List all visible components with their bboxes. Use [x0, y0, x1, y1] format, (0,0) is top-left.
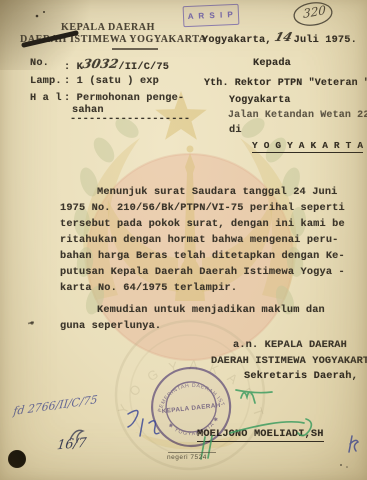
hal-dashes: ------------------- [70, 113, 190, 125]
letterhead-region: DAERAH ISTIMEWA YOGYAKARTA [20, 34, 196, 45]
hal-label: H a l [30, 92, 62, 104]
green-mark [241, 392, 255, 403]
recipient-line4: di [229, 124, 242, 136]
no-typed-prefix: : K [64, 61, 83, 73]
signature-role: Sekretaris Daerah, [244, 370, 358, 382]
hal-value: : Permohonan penge- [64, 92, 184, 104]
letterhead-rule [112, 48, 158, 50]
body-line: putusan Kepala Daerah Daerah Istimewa Yo… [60, 266, 345, 278]
body-line: ritahukan dengan hormat bahwa mengenai p… [60, 234, 338, 246]
lamp-value: : 1 (satu ) exp [64, 75, 159, 87]
lamp-label: Lamp. [30, 75, 62, 87]
no-typed-suffix: /II/C/75 [118, 61, 169, 73]
body-line: guna seperlunya. [60, 320, 161, 332]
body-line: Menunjuk surat Saudara tanggal 24 Juni [97, 186, 338, 198]
date-day-handwritten: 14 [273, 30, 294, 44]
letterhead-office: KEPALA DAERAH [20, 22, 196, 33]
arsip-stamp-label: A R S I P [188, 10, 235, 21]
no-label: No. [30, 57, 49, 69]
body-line: bahan harga Beras telah ditetapkan denga… [60, 250, 345, 262]
date-month-year: Juli 1975. [294, 34, 357, 46]
date-place: Yogyakarta, [202, 34, 272, 46]
body-line: 1975 No. 210/56/Bk/PTPN/VI-75 perihal se… [60, 202, 345, 214]
signature-an: a.n. KEPALA DAERAH [233, 339, 347, 351]
body-line: karta No. 64/1975 terlampir. [60, 282, 237, 294]
print-code: negeri 7524 [167, 454, 207, 461]
kepada-label: Kepada [253, 57, 291, 69]
body-line: Kemudian untuk menjadikan maklum dan [97, 304, 325, 316]
signature-org: DAERAH ISTIMEWA YOGYAKARTA [211, 355, 367, 367]
scanned-letter: Y O G Y A K A R T A KEPALA DAERAH DAERAH… [0, 0, 367, 480]
recipient-line1: Yth. Rektor PTPN "Veteran " [204, 78, 367, 89]
arsip-stamp: A R S I P [183, 4, 240, 27]
recipient-line3: Jalan Ketandan Wetan 22 [228, 110, 367, 121]
no-value: : K3032/II/C/75 [64, 57, 169, 73]
circled-number: 320 [292, 0, 336, 28]
kepala-daerah-round-stamp: PEMERINTAH DAERAH ISTIMEWA ✱ YOGYAKARTA … [143, 358, 240, 455]
blue-scribble [128, 410, 138, 427]
body-line: tersebut pada pokok surat, dengan ini ka… [60, 218, 345, 230]
no-handwritten-number: 3032 [81, 56, 120, 71]
handwritten-ref-number: fd 2766/II/C/75 [13, 393, 98, 418]
blue-paraph-mark [349, 436, 358, 452]
print-code-rule [168, 452, 216, 453]
handwritten-date: 16/7 [56, 436, 87, 454]
recipient-line2: Yogyakarta [229, 95, 291, 106]
recipient-city: Y O G Y A K A R T A [252, 140, 363, 153]
date-line: Yogyakarta,14Juli 1975. [202, 31, 357, 46]
punch-hole [8, 450, 26, 468]
